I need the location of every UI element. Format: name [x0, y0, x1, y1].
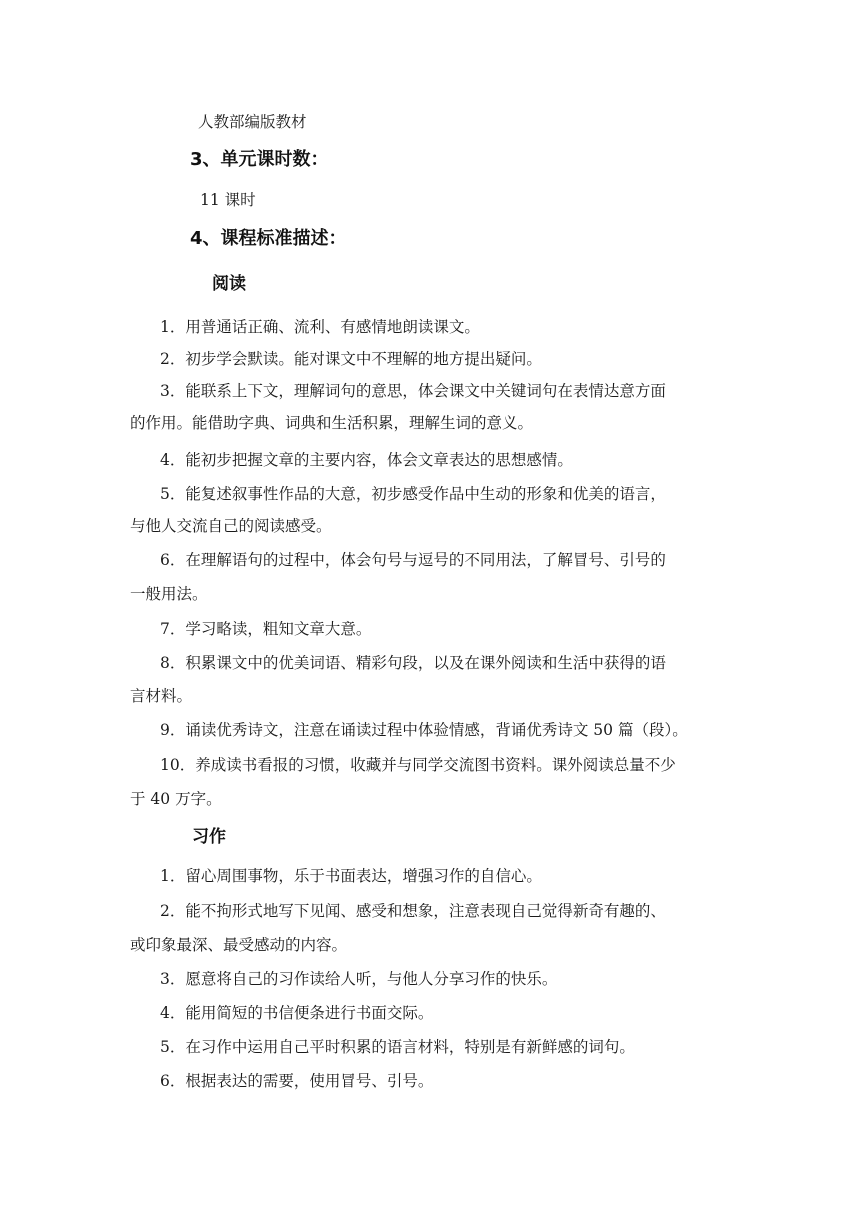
writing-line: 6．根据表达的需要，使用冒号、引号。 [160, 1071, 433, 1091]
reading-line: 与他人交流自己的阅读感受。 [130, 516, 332, 536]
reading-line: 2．初步学会默读。能对课文中不理解的地方提出疑问。 [160, 349, 542, 369]
reading-line: 于 40 万字。 [130, 789, 222, 809]
writing-line: 4．能用简短的书信便条进行书面交际。 [160, 1003, 433, 1023]
writing-line: 2．能不拘形式地写下见闻、感受和想象，注意表现自己觉得新奇有趣的、 [160, 901, 666, 921]
reading-line: 一般用法。 [130, 584, 208, 604]
reading-line: 3．能联系上下文，理解词句的意思，体会课文中关键词句在表情达意方面 [160, 381, 666, 401]
writing-line: 或印象最深、最受感动的内容。 [130, 935, 347, 955]
writing-line: 3．愿意将自己的习作读给人听，与他人分享习作的快乐。 [160, 969, 557, 989]
reading-line: 10．养成读书看报的习惯，收藏并与同学交流图书资料。课外阅读总量不少 [160, 755, 676, 775]
reading-line: 1．用普通话正确、流利、有感情地朗读课文。 [160, 317, 480, 337]
lesson-hours: 11 课时 [200, 190, 256, 210]
textbook-edition: 人教部编版教材 [198, 112, 307, 132]
reading-line: 9．诵读优秀诗文，注意在诵读过程中体验情感，背诵优秀诗文 50 篇（段）。 [160, 720, 688, 740]
reading-title: 阅读 [212, 274, 246, 294]
writing-title: 习作 [192, 827, 226, 847]
reading-line: 言材料。 [130, 686, 192, 706]
reading-line: 4．能初步把握文章的主要内容，体会文章表达的思想感情。 [160, 450, 573, 470]
reading-line: 6．在理解语句的过程中，体会句号与逗号的不同用法，了解冒号、引号的 [160, 550, 666, 570]
writing-line: 1．留心周围事物，乐于书面表达，增强习作的自信心。 [160, 866, 542, 886]
writing-line: 5．在习作中运用自己平时积累的语言材料，特别是有新鲜感的词句。 [160, 1037, 635, 1057]
document-page: 人教部编版教材 3、单元课时数： 11 课时 4、课程标准描述： 阅读 1．用普… [0, 0, 860, 1216]
section-4-heading: 4、课程标准描述： [190, 229, 347, 249]
reading-line: 7．学习略读，粗知文章大意。 [160, 619, 371, 639]
reading-line: 8．积累课文中的优美词语、精彩句段，以及在课外阅读和生活中获得的语 [160, 653, 666, 673]
reading-line: 5．能复述叙事性作品的大意，初步感受作品中生动的形象和优美的语言， [160, 484, 666, 504]
reading-line: 的作用。能借助字典、词典和生活积累，理解生词的意义。 [130, 413, 533, 433]
section-3-heading: 3、单元课时数： [190, 150, 329, 170]
